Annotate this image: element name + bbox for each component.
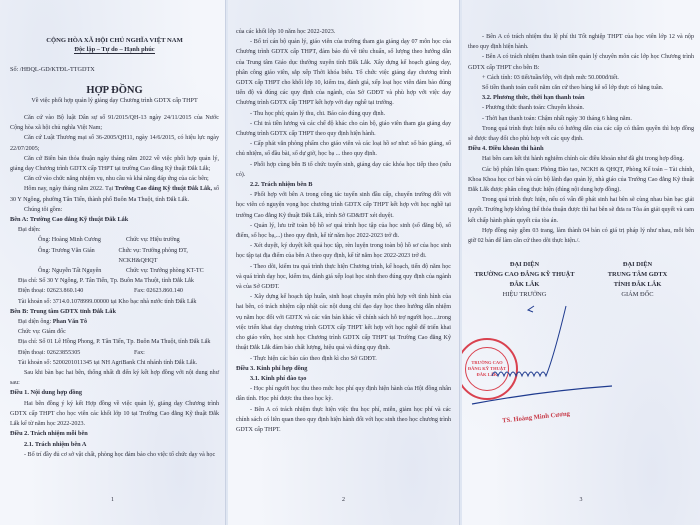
- article-1-text: Hai bên đồng ý ký kết Hợp đồng về việc q…: [10, 399, 219, 430]
- legal-basis: Căn cứ Biên bản thỏa thuận ngày tháng nă…: [10, 154, 219, 174]
- article-4-item: Hai bên cam kết thi hành nghiêm chỉnh cá…: [468, 154, 694, 164]
- party-a-heading: Bên A: Trường Cao đẳng Kỹ thuật Đắk Lắk: [10, 215, 219, 225]
- party-b-duty: - Theo dõi, kiểm tra quá trình thực hiện…: [236, 262, 451, 293]
- page-number: 1: [0, 497, 225, 503]
- fee-item: - Bên A có trách nhiệm thanh toán tiền q…: [468, 52, 694, 72]
- motto: Độc lập – Tự do – Hạnh phúc: [10, 45, 219, 54]
- page-number: 2: [228, 497, 459, 503]
- article-4-heading: Điều 4. Điều khoản thi hành: [468, 144, 694, 154]
- party-b-heading: Bên B: Trung tâm GDTX tỉnh Đắk Lắk: [10, 307, 219, 317]
- party-a-rep: Ông: Trương Văn GiánChức vụ: Trưởng phòn…: [10, 246, 219, 266]
- article-2-1-heading: 2.1. Trách nhiệm bên A: [10, 440, 219, 450]
- party-b-duty: - Xét duyệt, ký duyệt kết quả học tập, r…: [236, 241, 451, 261]
- party-a-rep-label: Đại diện:: [10, 225, 219, 235]
- party-a-duty: - Bố trí cán bộ quản lý, giáo viên của t…: [236, 37, 451, 108]
- article-4-item: Các bộ phận liên quan: Phòng Đào tạo, NC…: [468, 165, 694, 196]
- fee-item: - Học phí người học thu theo mức học phí…: [236, 384, 451, 404]
- article-1-heading: Điều 1. Nội dung hợp đồng: [10, 388, 219, 398]
- article-3-heading: Điều 3. Kinh phí hợp đồng: [236, 364, 451, 374]
- continuation-text: của các khối lớp 10 năm học 2022-2023.: [236, 27, 451, 37]
- contract-page-2: của các khối lớp 10 năm học 2022-2023. -…: [228, 0, 460, 525]
- document-number: Số: /HĐQL-GD/KTĐL-TTGDTX: [10, 66, 219, 73]
- parties-intro: Chúng tôi gồm:: [10, 205, 219, 215]
- legal-basis: Căn cứ vào chức năng nhiệm vụ, nhu cầu v…: [10, 174, 219, 184]
- article-3-2-heading: 3.2. Phương thức, thời hạn thanh toán: [468, 93, 694, 103]
- party-a-rep: Ông: Hoàng Minh CươngChức vụ: Hiệu trưởn…: [10, 235, 219, 245]
- party-a-signature: ĐẠI DIỆN TRƯỜNG CAO ĐẲNG KỸ THUẬT ĐẮK LẮ…: [468, 260, 581, 300]
- legal-basis: Căn cứ vào Bộ luật Dân sự số 91/2015/QH-…: [10, 113, 219, 133]
- document-title: HỢP ĐỒNG: [10, 85, 219, 97]
- party-b-duty: - Quản lý, lưu trữ toàn bộ hồ sơ quá trì…: [236, 221, 451, 241]
- party-b-duty: - Thực hiện các báo cáo theo định kì cho…: [236, 354, 451, 364]
- payment-deadline: - Thời hạn thanh toán: Chậm nhất ngày 30…: [468, 114, 694, 124]
- party-b-duty: - Phối hợp với bên A trong công tác tuyể…: [236, 190, 451, 221]
- party-b-account: Tài khoản số: 5200201011345 tại NH AgriB…: [10, 358, 219, 368]
- article-4-item: Trong quá trình thực hiện, nếu có vấn đề…: [468, 195, 694, 226]
- legal-basis: Căn cứ Luật Thương mại số 36-2005/QH11, …: [10, 133, 219, 153]
- party-b-duty: - Xây dựng kế hoạch tập huấn, sinh hoạt …: [236, 292, 451, 353]
- party-b-signature: ĐẠI DIỆN TRUNG TÂM GDTX TỈNH ĐẮK LẮK GIÁ…: [581, 260, 694, 300]
- party-a-contact: Điện thoại: 02623.860.140Fax: 02623.860.…: [10, 286, 219, 296]
- contract-page-3: - Bên A có trách nhiệm thu lệ phí thi Tố…: [462, 0, 700, 525]
- party-a-account: Tài khoản số: 3714.0.1078999.00000 tại K…: [10, 297, 219, 307]
- article-3-1-heading: 3.1. Kinh phí đào tạo: [236, 374, 451, 384]
- signer-name: TS. Hoàng Minh Cương: [502, 410, 570, 424]
- party-a-duty: - Phối hợp cùng bên B tổ chức tuyển sinh…: [236, 160, 451, 180]
- handwritten-signature-icon: [462, 296, 622, 406]
- party-b-contact: Điện thoại: 02623855305Fax:: [10, 348, 219, 358]
- article-4-item: Hợp đồng này gồm 03 trang, làm thành 04 …: [468, 226, 694, 246]
- payment-note: Trong quá trình thực hiện nếu có hướng d…: [468, 124, 694, 144]
- party-a-duty: - Bố trí đầy đủ cơ sở vật chất, phòng họ…: [10, 450, 219, 460]
- payment-method: - Phương thức thanh toán: Chuyển khoản.: [468, 103, 694, 113]
- article-2-heading: Điều 2. Trách nhiệm mỗi bên: [10, 429, 219, 439]
- calculation-rule: + Cách tính: 03 tiết/tuần/lớp, với định …: [468, 73, 694, 83]
- party-a-address: Địa chỉ: Số 30 Y Ngông, P. Tân Tiến, Tp.…: [10, 276, 219, 286]
- page-number: 3: [462, 497, 700, 503]
- signature-block: ĐẠI DIỆN TRƯỜNG CAO ĐẲNG KỸ THUẬT ĐẮK LẮ…: [468, 260, 694, 300]
- agreement-statement: Sau khi bàn bạc hai bên, thống nhất đi đ…: [10, 368, 219, 388]
- party-b-address: Địa chỉ: Số 01 Lê Hồng Phong, P. Tân Tiế…: [10, 337, 219, 347]
- calculation-note: Số tiền thanh toán cuối năm căn cứ theo …: [468, 83, 694, 93]
- nation-header: CỘNG HÒA XÃ HỘI CHỦ NGHĨA VIỆT NAM: [10, 36, 219, 45]
- article-2-2-heading: 2.2. Trách nhiệm bên B: [236, 180, 451, 190]
- fee-item: - Bên A có trách nhiệm thu lệ phí thi Tố…: [468, 32, 694, 52]
- party-a-duty: - Chi trả tiền lương và các chế độ khác …: [236, 119, 451, 139]
- party-a-duty: - Cấp phát văn phòng phẩm cho giáo viên …: [236, 139, 451, 159]
- party-a-duty: - Thu học phí; quản lý thu, chi. Báo cáo…: [236, 109, 451, 119]
- party-b-rep: Đại diện ông: Phan Văn Tô: [10, 317, 219, 327]
- signing-date-place: Hôm nay, ngày tháng năm 2022. Tại Trường…: [10, 184, 219, 204]
- party-a-rep: Ông: Nguyễn Tất NguyênChức vụ: Trưởng ph…: [10, 266, 219, 276]
- contract-page-1: CỘNG HÒA XÃ HỘI CHỦ NGHĨA VIỆT NAM Độc l…: [0, 0, 226, 525]
- document-subtitle: Về việc phối hợp quản lý giảng dạy Chươn…: [10, 97, 219, 106]
- party-b-role: Chức vụ: Giám đốc: [10, 327, 219, 337]
- fee-item: - Bên A có trách nhiệm thực hiện việc th…: [236, 405, 451, 436]
